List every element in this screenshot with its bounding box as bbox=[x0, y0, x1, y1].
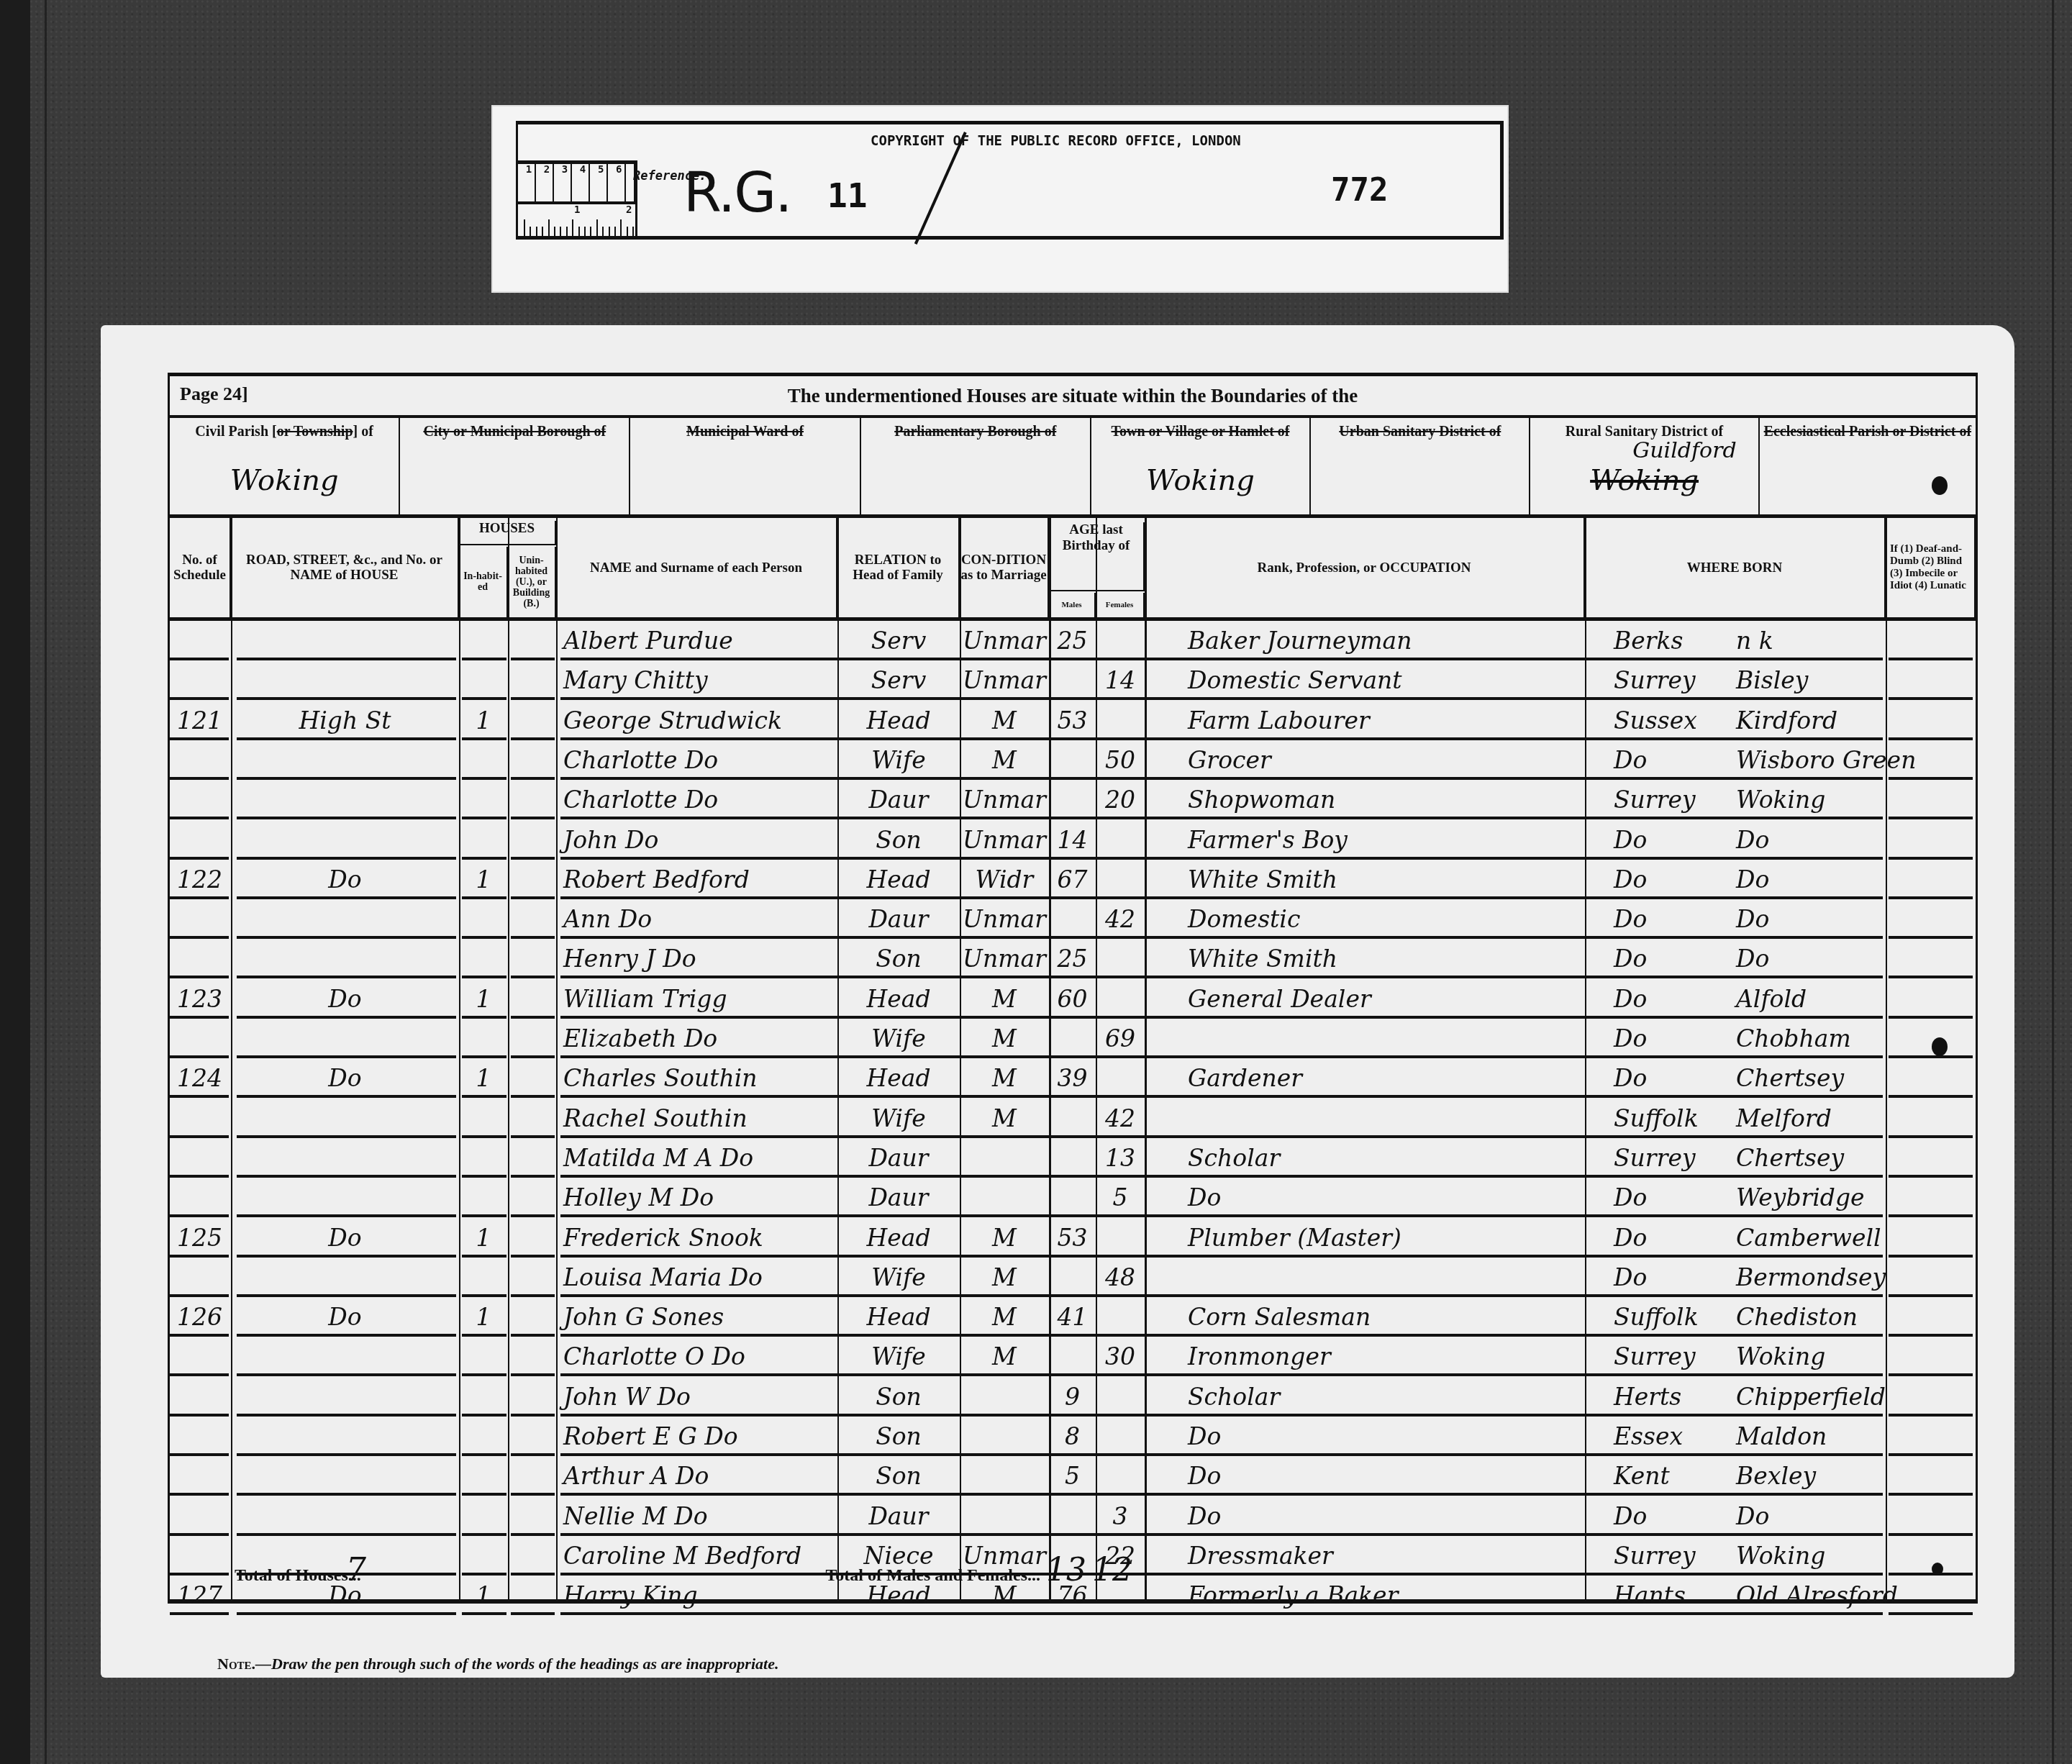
occupation: Scholar bbox=[1145, 1377, 1585, 1417]
district-value: Woking bbox=[170, 464, 399, 497]
address bbox=[231, 899, 459, 939]
birthplace: DoDo bbox=[1585, 1496, 1886, 1536]
female-age bbox=[1096, 939, 1145, 978]
marital-condition: Unmar bbox=[960, 621, 1049, 660]
birth-county: Do bbox=[1614, 1496, 1736, 1536]
ink-blot bbox=[1932, 1563, 1943, 1576]
male-age bbox=[1049, 1496, 1096, 1536]
marital-condition bbox=[960, 1178, 1049, 1217]
district-cell: City or Municipal Borough of bbox=[400, 418, 630, 514]
marital-condition: M bbox=[960, 1337, 1049, 1376]
birth-county: Do bbox=[1614, 1258, 1736, 1297]
birth-county: Berks bbox=[1614, 621, 1736, 660]
person-name: Elizabeth Do bbox=[556, 1019, 837, 1058]
inhabited-count bbox=[459, 621, 508, 660]
occupation: Shopwoman bbox=[1145, 780, 1585, 819]
schedule-number bbox=[170, 1337, 231, 1376]
column-divider bbox=[960, 518, 961, 1599]
male-age bbox=[1049, 1019, 1096, 1058]
scan-edge bbox=[0, 0, 30, 1764]
row-rule bbox=[1889, 1612, 1973, 1615]
col-uninhabited-header: Unin-habited (U.), or Building (B.) bbox=[508, 547, 556, 617]
occupation: Dressmaker bbox=[1145, 1536, 1585, 1576]
inhabited-count bbox=[459, 1337, 508, 1376]
person-name: Rachel Southin bbox=[556, 1099, 837, 1138]
inhabited-count bbox=[459, 820, 508, 860]
male-age: 60 bbox=[1049, 979, 1096, 1019]
male-age bbox=[1049, 780, 1096, 819]
occupation: Do bbox=[1145, 1178, 1585, 1217]
inhabited-count bbox=[459, 1178, 508, 1217]
birth-county: Do bbox=[1614, 860, 1736, 899]
inhabited-count bbox=[459, 1377, 508, 1417]
schedule-number: 124 bbox=[170, 1058, 231, 1098]
marital-condition: Unmar bbox=[960, 899, 1049, 939]
male-age: 25 bbox=[1049, 939, 1096, 978]
birth-parish: Kirdford bbox=[1736, 706, 1837, 735]
birth-parish: Wisboro Green bbox=[1736, 746, 1916, 774]
birthplace: DoBermondsey bbox=[1585, 1258, 1886, 1297]
occupation: Plumber (Master) bbox=[1145, 1218, 1585, 1258]
male-age bbox=[1049, 899, 1096, 939]
marital-condition bbox=[960, 1417, 1049, 1456]
person-name: William Trigg bbox=[556, 979, 837, 1019]
relation: Head bbox=[837, 979, 960, 1019]
marital-condition: Unmar bbox=[960, 939, 1049, 978]
measure-ruler: 123456 12 bbox=[518, 160, 637, 240]
person-name: Louisa Maria Do bbox=[556, 1258, 837, 1297]
inhabited-count bbox=[459, 740, 508, 780]
birth-county: Surrey bbox=[1614, 1536, 1736, 1576]
male-age bbox=[1049, 1138, 1096, 1178]
occupation: Formerly a Baker bbox=[1145, 1576, 1585, 1615]
address bbox=[231, 1258, 459, 1297]
birthplace: SurreyWoking bbox=[1585, 1536, 1886, 1576]
birth-county: Do bbox=[1614, 1019, 1736, 1058]
reference-slip: COPYRIGHT OF THE PUBLIC RECORD OFFICE, L… bbox=[493, 106, 1507, 291]
address: Do bbox=[231, 860, 459, 899]
column-divider bbox=[1145, 518, 1147, 1599]
marital-condition: M bbox=[960, 979, 1049, 1019]
female-age: 42 bbox=[1096, 1099, 1145, 1138]
schedule-number bbox=[170, 621, 231, 660]
male-age: 25 bbox=[1049, 621, 1096, 660]
relation: Head bbox=[837, 701, 960, 740]
marital-condition: M bbox=[960, 1099, 1049, 1138]
table-row: Elizabeth DoWifeM69DoChobham bbox=[170, 1019, 1976, 1058]
relation: Serv bbox=[837, 621, 960, 660]
district-label: Municipal Ward of bbox=[630, 418, 859, 440]
address: Do bbox=[231, 1297, 459, 1337]
birth-parish: Do bbox=[1736, 945, 1769, 973]
schedule-number bbox=[170, 1417, 231, 1456]
total-houses-label: Total of Houses... bbox=[235, 1566, 361, 1586]
female-age bbox=[1096, 1058, 1145, 1098]
male-age: 67 bbox=[1049, 860, 1096, 899]
address bbox=[231, 1377, 459, 1417]
table-row: 123Do1William TriggHeadM60General Dealer… bbox=[170, 979, 1976, 1019]
birth-county: Do bbox=[1614, 820, 1736, 860]
female-age bbox=[1096, 621, 1145, 660]
male-age bbox=[1049, 1099, 1096, 1138]
female-age bbox=[1096, 1377, 1145, 1417]
birthplace: DoDo bbox=[1585, 899, 1886, 939]
male-age: 9 bbox=[1049, 1377, 1096, 1417]
inhabited-count: 1 bbox=[459, 1218, 508, 1258]
birth-county: Do bbox=[1614, 1058, 1736, 1098]
marital-condition: M bbox=[960, 1218, 1049, 1258]
relation: Wife bbox=[837, 1099, 960, 1138]
male-age: 5 bbox=[1049, 1456, 1096, 1496]
person-name: John W Do bbox=[556, 1377, 837, 1417]
relation: Daur bbox=[837, 780, 960, 819]
district-cell: Town or Village or Hamlet ofWoking bbox=[1091, 418, 1311, 514]
inhabited-count: 1 bbox=[459, 979, 508, 1019]
female-age: 42 bbox=[1096, 899, 1145, 939]
column-divider bbox=[231, 518, 232, 1599]
schedule-number bbox=[170, 939, 231, 978]
ruler-inch-label: 1 bbox=[574, 204, 580, 216]
col-inhabited-header: In-habit-ed bbox=[459, 547, 508, 617]
row-rule bbox=[511, 1612, 555, 1615]
occupation bbox=[1145, 1019, 1585, 1058]
birth-county: Do bbox=[1614, 979, 1736, 1019]
person-name: Charlotte Do bbox=[556, 740, 837, 780]
address bbox=[231, 1178, 459, 1217]
relation: Serv bbox=[837, 660, 960, 700]
ruler-tick bbox=[548, 219, 550, 240]
copyright-text: COPYRIGHT OF THE PUBLIC RECORD OFFICE, L… bbox=[871, 133, 1241, 149]
ruler-tick bbox=[627, 227, 628, 240]
birth-county: Do bbox=[1614, 899, 1736, 939]
birth-county: Surrey bbox=[1614, 660, 1736, 700]
inhabited-count bbox=[459, 1496, 508, 1536]
schedule-number: 125 bbox=[170, 1218, 231, 1258]
male-age bbox=[1049, 740, 1096, 780]
address bbox=[231, 1456, 459, 1496]
census-page: Page 24] The undermentioned Houses are s… bbox=[101, 325, 2014, 1678]
occupation: Do bbox=[1145, 1456, 1585, 1496]
male-age: 41 bbox=[1049, 1297, 1096, 1337]
birth-parish: Chobham bbox=[1736, 1024, 1851, 1053]
inhabited-count: 1 bbox=[459, 701, 508, 740]
person-name: Ann Do bbox=[556, 899, 837, 939]
person-name: Charlotte O Do bbox=[556, 1337, 837, 1376]
schedule-number bbox=[170, 1138, 231, 1178]
male-age bbox=[1049, 1178, 1096, 1217]
relation: Wife bbox=[837, 1337, 960, 1376]
female-age: 5 bbox=[1096, 1178, 1145, 1217]
birth-parish: Bexley bbox=[1736, 1462, 1816, 1490]
relation: Wife bbox=[837, 740, 960, 780]
column-divider bbox=[1096, 518, 1097, 1599]
birth-parish: Woking bbox=[1736, 1542, 1825, 1570]
occupation: Farmer's Boy bbox=[1145, 820, 1585, 860]
female-age bbox=[1096, 1297, 1145, 1337]
inhabited-count bbox=[459, 1258, 508, 1297]
address bbox=[231, 1138, 459, 1178]
schedule-number bbox=[170, 740, 231, 780]
birthplace: DoChertsey bbox=[1585, 1058, 1886, 1098]
column-divider bbox=[1049, 518, 1051, 1599]
table-row: Ann DoDaurUnmar42DomesticDoDo bbox=[170, 899, 1976, 939]
female-age: 3 bbox=[1096, 1496, 1145, 1536]
relation: Wife bbox=[837, 1258, 960, 1297]
total-females-value: 12 bbox=[1092, 1552, 1132, 1588]
table-row: Holley M DoDaur5DoDoWeybridge bbox=[170, 1178, 1976, 1217]
birthplace: HertsChipperfield bbox=[1585, 1377, 1886, 1417]
marital-condition: M bbox=[960, 1058, 1049, 1098]
female-age: 20 bbox=[1096, 780, 1145, 819]
birth-parish: n k bbox=[1736, 627, 1773, 655]
occupation: Do bbox=[1145, 1417, 1585, 1456]
ruler-tick bbox=[602, 227, 604, 240]
address bbox=[231, 1496, 459, 1536]
schedule-number bbox=[170, 820, 231, 860]
district-cell: Parliamentary Borough of bbox=[861, 418, 1091, 514]
ruler-cm-mark: 5 bbox=[590, 164, 608, 201]
address: High St bbox=[231, 701, 459, 740]
schedule-number bbox=[170, 1019, 231, 1058]
address bbox=[231, 621, 459, 660]
ruler-tick bbox=[584, 227, 586, 240]
female-age: 69 bbox=[1096, 1019, 1145, 1058]
birthplace: Berksn k bbox=[1585, 621, 1886, 660]
column-divider bbox=[837, 518, 839, 1599]
female-age bbox=[1096, 860, 1145, 899]
relation: Head bbox=[837, 1058, 960, 1098]
birthplace: SurreyWoking bbox=[1585, 1337, 1886, 1376]
occupation: Farm Labourer bbox=[1145, 701, 1585, 740]
census-form: Page 24] The undermentioned Houses are s… bbox=[168, 373, 1978, 1604]
person-name: George Strudwick bbox=[556, 701, 837, 740]
col-females-header: Females bbox=[1096, 593, 1145, 617]
struck-text: or Township bbox=[277, 424, 353, 440]
birthplace: SurreyBisley bbox=[1585, 660, 1886, 700]
district-value: Woking bbox=[1091, 464, 1309, 497]
schedule-number: 126 bbox=[170, 1297, 231, 1337]
birth-parish: Old Alresford bbox=[1736, 1581, 1898, 1609]
occupation: Ironmonger bbox=[1145, 1337, 1585, 1376]
birthplace: SussexKirdford bbox=[1585, 701, 1886, 740]
person-name: John Do bbox=[556, 820, 837, 860]
male-age bbox=[1049, 660, 1096, 700]
person-name: Albert Purdue bbox=[556, 621, 837, 660]
row-rule bbox=[237, 1612, 456, 1615]
col-where-born-header: WHERE BORN bbox=[1585, 518, 1886, 617]
ruler-cm-mark: 1 bbox=[518, 164, 536, 201]
schedule-number: 127 bbox=[170, 1576, 231, 1615]
birth-parish: Chediston bbox=[1736, 1303, 1858, 1331]
inhabited-count bbox=[459, 1417, 508, 1456]
male-age bbox=[1049, 1337, 1096, 1376]
column-divider bbox=[459, 518, 460, 1599]
occupation: Scholar bbox=[1145, 1138, 1585, 1178]
birth-county: Surrey bbox=[1614, 1337, 1736, 1376]
col-relation-header: RELATION to Head of Family bbox=[837, 518, 960, 617]
row-rule bbox=[462, 1612, 506, 1615]
district-value-correction: Guildford bbox=[1632, 438, 1736, 463]
row-rule bbox=[170, 1612, 229, 1615]
header-band: Page 24] The undermentioned Houses are s… bbox=[170, 376, 1976, 418]
band-title: The undermentioned Houses are situate wi… bbox=[170, 385, 1976, 407]
birth-parish: Chertsey bbox=[1736, 1144, 1844, 1172]
column-divider bbox=[1585, 518, 1586, 1599]
birth-parish: Do bbox=[1736, 826, 1769, 854]
birthplace: SurreyChertsey bbox=[1585, 1138, 1886, 1178]
person-name: Robert Bedford bbox=[556, 860, 837, 899]
birth-county: Do bbox=[1614, 1218, 1736, 1258]
birthplace: EssexMaldon bbox=[1585, 1417, 1886, 1456]
female-age: 30 bbox=[1096, 1337, 1145, 1376]
male-age: 39 bbox=[1049, 1058, 1096, 1098]
occupation: Corn Salesman bbox=[1145, 1297, 1585, 1337]
reference-slip-frame: COPYRIGHT OF THE PUBLIC RECORD OFFICE, L… bbox=[516, 121, 1504, 240]
marital-condition bbox=[960, 1138, 1049, 1178]
birth-county: Hants bbox=[1614, 1576, 1736, 1615]
male-age: 8 bbox=[1049, 1417, 1096, 1456]
marital-condition bbox=[960, 1496, 1049, 1536]
address bbox=[231, 1019, 459, 1058]
birth-parish: Camberwell bbox=[1736, 1224, 1881, 1252]
ruler-tick bbox=[572, 219, 573, 240]
inhabited-count: 1 bbox=[459, 860, 508, 899]
person-name: Mary Chitty bbox=[556, 660, 837, 700]
birth-parish: Do bbox=[1736, 905, 1769, 933]
inhabited-count bbox=[459, 1456, 508, 1496]
occupation: Do bbox=[1145, 1496, 1585, 1536]
address: Do bbox=[231, 1218, 459, 1258]
female-age: 50 bbox=[1096, 740, 1145, 780]
table-row: Matilda M A DoDaur13ScholarSurreyChertse… bbox=[170, 1138, 1976, 1178]
person-name: Frederick Snook bbox=[556, 1218, 837, 1258]
column-divider bbox=[508, 518, 509, 1599]
female-age: 48 bbox=[1096, 1258, 1145, 1297]
female-age bbox=[1096, 979, 1145, 1019]
ink-blot bbox=[1932, 1037, 1948, 1056]
female-age bbox=[1096, 1456, 1145, 1496]
female-age bbox=[1096, 820, 1145, 860]
person-name: John G Sones bbox=[556, 1297, 837, 1337]
female-age bbox=[1096, 701, 1145, 740]
table-row: John DoSonUnmar14Farmer's BoyDoDo bbox=[170, 820, 1976, 860]
relation: Daur bbox=[837, 899, 960, 939]
male-age: 53 bbox=[1049, 701, 1096, 740]
schedule-number bbox=[170, 1099, 231, 1138]
birthplace: DoWisboro Green bbox=[1585, 740, 1886, 780]
schedule-number bbox=[170, 1456, 231, 1496]
address bbox=[231, 1099, 459, 1138]
marital-condition: Unmar bbox=[960, 780, 1049, 819]
birth-parish: Weybridge bbox=[1736, 1183, 1865, 1211]
birth-county: Herts bbox=[1614, 1377, 1736, 1417]
table-row: 126Do1John G SonesHeadM41Corn SalesmanSu… bbox=[170, 1297, 1976, 1337]
ruler-tick bbox=[632, 227, 634, 240]
ruler-cm-mark: 2 bbox=[536, 164, 554, 201]
table-row: Louisa Maria DoWifeM48DoBermondsey bbox=[170, 1258, 1976, 1297]
marital-condition: M bbox=[960, 740, 1049, 780]
birth-county: Essex bbox=[1614, 1417, 1736, 1456]
male-age: 14 bbox=[1049, 820, 1096, 860]
birthplace: DoCamberwell bbox=[1585, 1218, 1886, 1258]
district-label: City or Municipal Borough of bbox=[400, 418, 629, 440]
birth-parish: Bisley bbox=[1736, 666, 1808, 694]
female-age bbox=[1096, 1218, 1145, 1258]
relation: Wife bbox=[837, 1019, 960, 1058]
ruler-cm-mark: 3 bbox=[554, 164, 572, 201]
table-row: Rachel SouthinWifeM42SuffolkMelford bbox=[170, 1099, 1976, 1138]
ruler-cm-mark: 4 bbox=[572, 164, 590, 201]
scan-border-left bbox=[45, 0, 47, 1764]
birthplace: DoDo bbox=[1585, 860, 1886, 899]
district-label: Town or Village or Hamlet of bbox=[1091, 418, 1309, 440]
schedule-number bbox=[170, 780, 231, 819]
ruler-tick bbox=[542, 227, 543, 240]
occupation: White Smith bbox=[1145, 860, 1585, 899]
person-name: Matilda M A Do bbox=[556, 1138, 837, 1178]
marital-condition bbox=[960, 1456, 1049, 1496]
birth-parish: Chipperfield bbox=[1736, 1383, 1886, 1411]
totals-row: Total of Houses... 7 Total of Males and … bbox=[170, 1573, 1976, 1574]
relation: Daur bbox=[837, 1178, 960, 1217]
ruler-tick bbox=[554, 227, 555, 240]
person-name: Charles Southin bbox=[556, 1058, 837, 1098]
ruler-tick bbox=[609, 227, 610, 240]
person-name: Nellie M Do bbox=[556, 1496, 837, 1536]
district-label: Civil Parish [or Township] of bbox=[170, 418, 399, 440]
ruler-tick bbox=[590, 227, 591, 240]
occupation bbox=[1145, 1258, 1585, 1297]
relation: Son bbox=[837, 1456, 960, 1496]
occupation bbox=[1145, 1099, 1585, 1138]
table-row: Charlotte DoWifeM50GrocerDoWisboro Green bbox=[170, 740, 1976, 780]
person-name: Arthur A Do bbox=[556, 1456, 837, 1496]
birthplace: DoDo bbox=[1585, 939, 1886, 978]
address bbox=[231, 939, 459, 978]
person-name: Holley M Do bbox=[556, 1178, 837, 1217]
birth-county: Suffolk bbox=[1614, 1099, 1736, 1138]
birth-parish: Do bbox=[1736, 1502, 1769, 1530]
table-row: 121High St1George StrudwickHeadM53Farm L… bbox=[170, 701, 1976, 740]
scan-border-right bbox=[2052, 0, 2054, 1764]
ruler-tick bbox=[596, 219, 598, 240]
ink-blot bbox=[1932, 476, 1948, 495]
relation: Son bbox=[837, 820, 960, 860]
birth-parish: Do bbox=[1736, 865, 1769, 894]
ruler-tick bbox=[614, 227, 616, 240]
occupation: General Dealer bbox=[1145, 979, 1585, 1019]
district-label: Parliamentary Borough of bbox=[861, 418, 1090, 440]
col-address-header: ROAD, STREET, &c., and No. or NAME of HO… bbox=[231, 518, 459, 617]
person-name: Robert E G Do bbox=[556, 1417, 837, 1456]
district-cell: Ecclesiastical Parish or District of bbox=[1760, 418, 1976, 514]
birth-county: Kent bbox=[1614, 1456, 1736, 1496]
birth-parish: Melford bbox=[1736, 1104, 1832, 1132]
address bbox=[231, 1417, 459, 1456]
relation: Son bbox=[837, 939, 960, 978]
district-label: Ecclesiastical Parish or District of bbox=[1760, 418, 1976, 440]
birthplace: HantsOld Alresford bbox=[1585, 1576, 1886, 1615]
table-row: Charlotte DoDaurUnmar20ShopwomanSurreyWo… bbox=[170, 780, 1976, 819]
person-name: Harry King bbox=[556, 1576, 837, 1615]
marital-condition: M bbox=[960, 701, 1049, 740]
table-row: Albert PurdueServUnmar25Baker Journeyman… bbox=[170, 621, 1976, 660]
marital-condition: M bbox=[960, 1019, 1049, 1058]
address: Do bbox=[231, 1058, 459, 1098]
birthplace: SurreyWoking bbox=[1585, 780, 1886, 819]
ruler-tick bbox=[620, 219, 622, 240]
schedule-number: 123 bbox=[170, 979, 231, 1019]
